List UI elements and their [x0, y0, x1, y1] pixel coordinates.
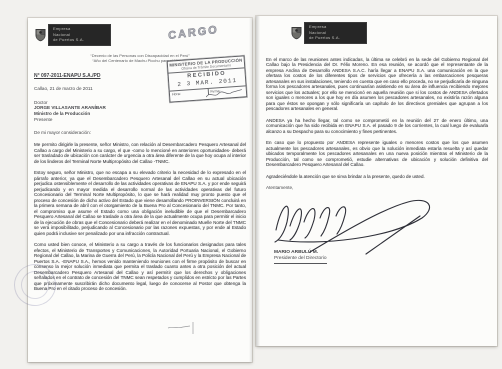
enapu-logo: Empresa Nacional de Puertos S.A. [290, 23, 366, 43]
paragraph: Me permito dirigirle la presente, señor … [34, 142, 246, 164]
signature-area [270, 192, 497, 256]
received-stamp: MINISTERIO DE LA PRODUCCIÓN Oficina de T… [167, 55, 248, 102]
paragraph: Estoy seguro, señor Ministro, que no esc… [34, 170, 246, 236]
page1-header: Empresa Nacional de Puertos S.A. CARGO [28, 18, 252, 45]
page2-body: En el marco de las reuniones antes indic… [266, 57, 488, 180]
signature [270, 192, 480, 256]
logo-line: de Puertos S.A. [53, 38, 105, 43]
enapu-logo: Empresa Nacional de Puertos S.A. [34, 25, 110, 45]
initials-scribble [166, 320, 200, 336]
logo-line: Empresa [309, 25, 361, 30]
page1-body: Me permito dirigirle la presente, señor … [34, 142, 246, 292]
cargo-stamp: CARGO [168, 24, 219, 42]
peru-coat-of-arms-icon [290, 26, 303, 40]
recipient-line: Presente [34, 117, 252, 123]
paragraph: En caso que lo propuesto por ANDESA repr… [266, 140, 488, 168]
salutation: De mi mayor consideración: [34, 130, 252, 135]
received-stamp-hora: Hora: [170, 89, 208, 98]
stamp-handwriting-scribble [204, 85, 245, 102]
paragraph: Agradeciéndole la atención que se sirva … [266, 174, 488, 180]
peru-coat-of-arms-icon [34, 28, 47, 42]
enapu-logo-textbox: Empresa Nacional de Puertos S.A. [305, 23, 366, 43]
recipient-block: Doctor JORGE VILLASANTE ARANÍBAR Ministr… [34, 100, 252, 122]
letter-page-2: Empresa Nacional de Puertos S.A. En el m… [256, 16, 497, 346]
paragraph: En el marco de las reuniones antes indic… [266, 57, 488, 112]
paragraph: ANDESA ya ha hecho llegar, tal como se c… [266, 118, 488, 135]
page2-header: Empresa Nacional de Puertos S.A. [256, 16, 497, 43]
letter-page-1: Empresa Nacional de Puertos S.A. CARGO “… [28, 18, 252, 362]
paragraph: Como usted bien conoce, el Ministerio a … [34, 242, 246, 292]
enapu-logo-textbox: Empresa Nacional de Puertos S.A. [49, 25, 110, 45]
logo-line: de Puertos S.A. [309, 36, 361, 41]
signoff: Atentamente, [266, 185, 497, 190]
logo-line: Empresa [53, 27, 105, 32]
signer-title: Presidente del Directorio [274, 256, 327, 264]
